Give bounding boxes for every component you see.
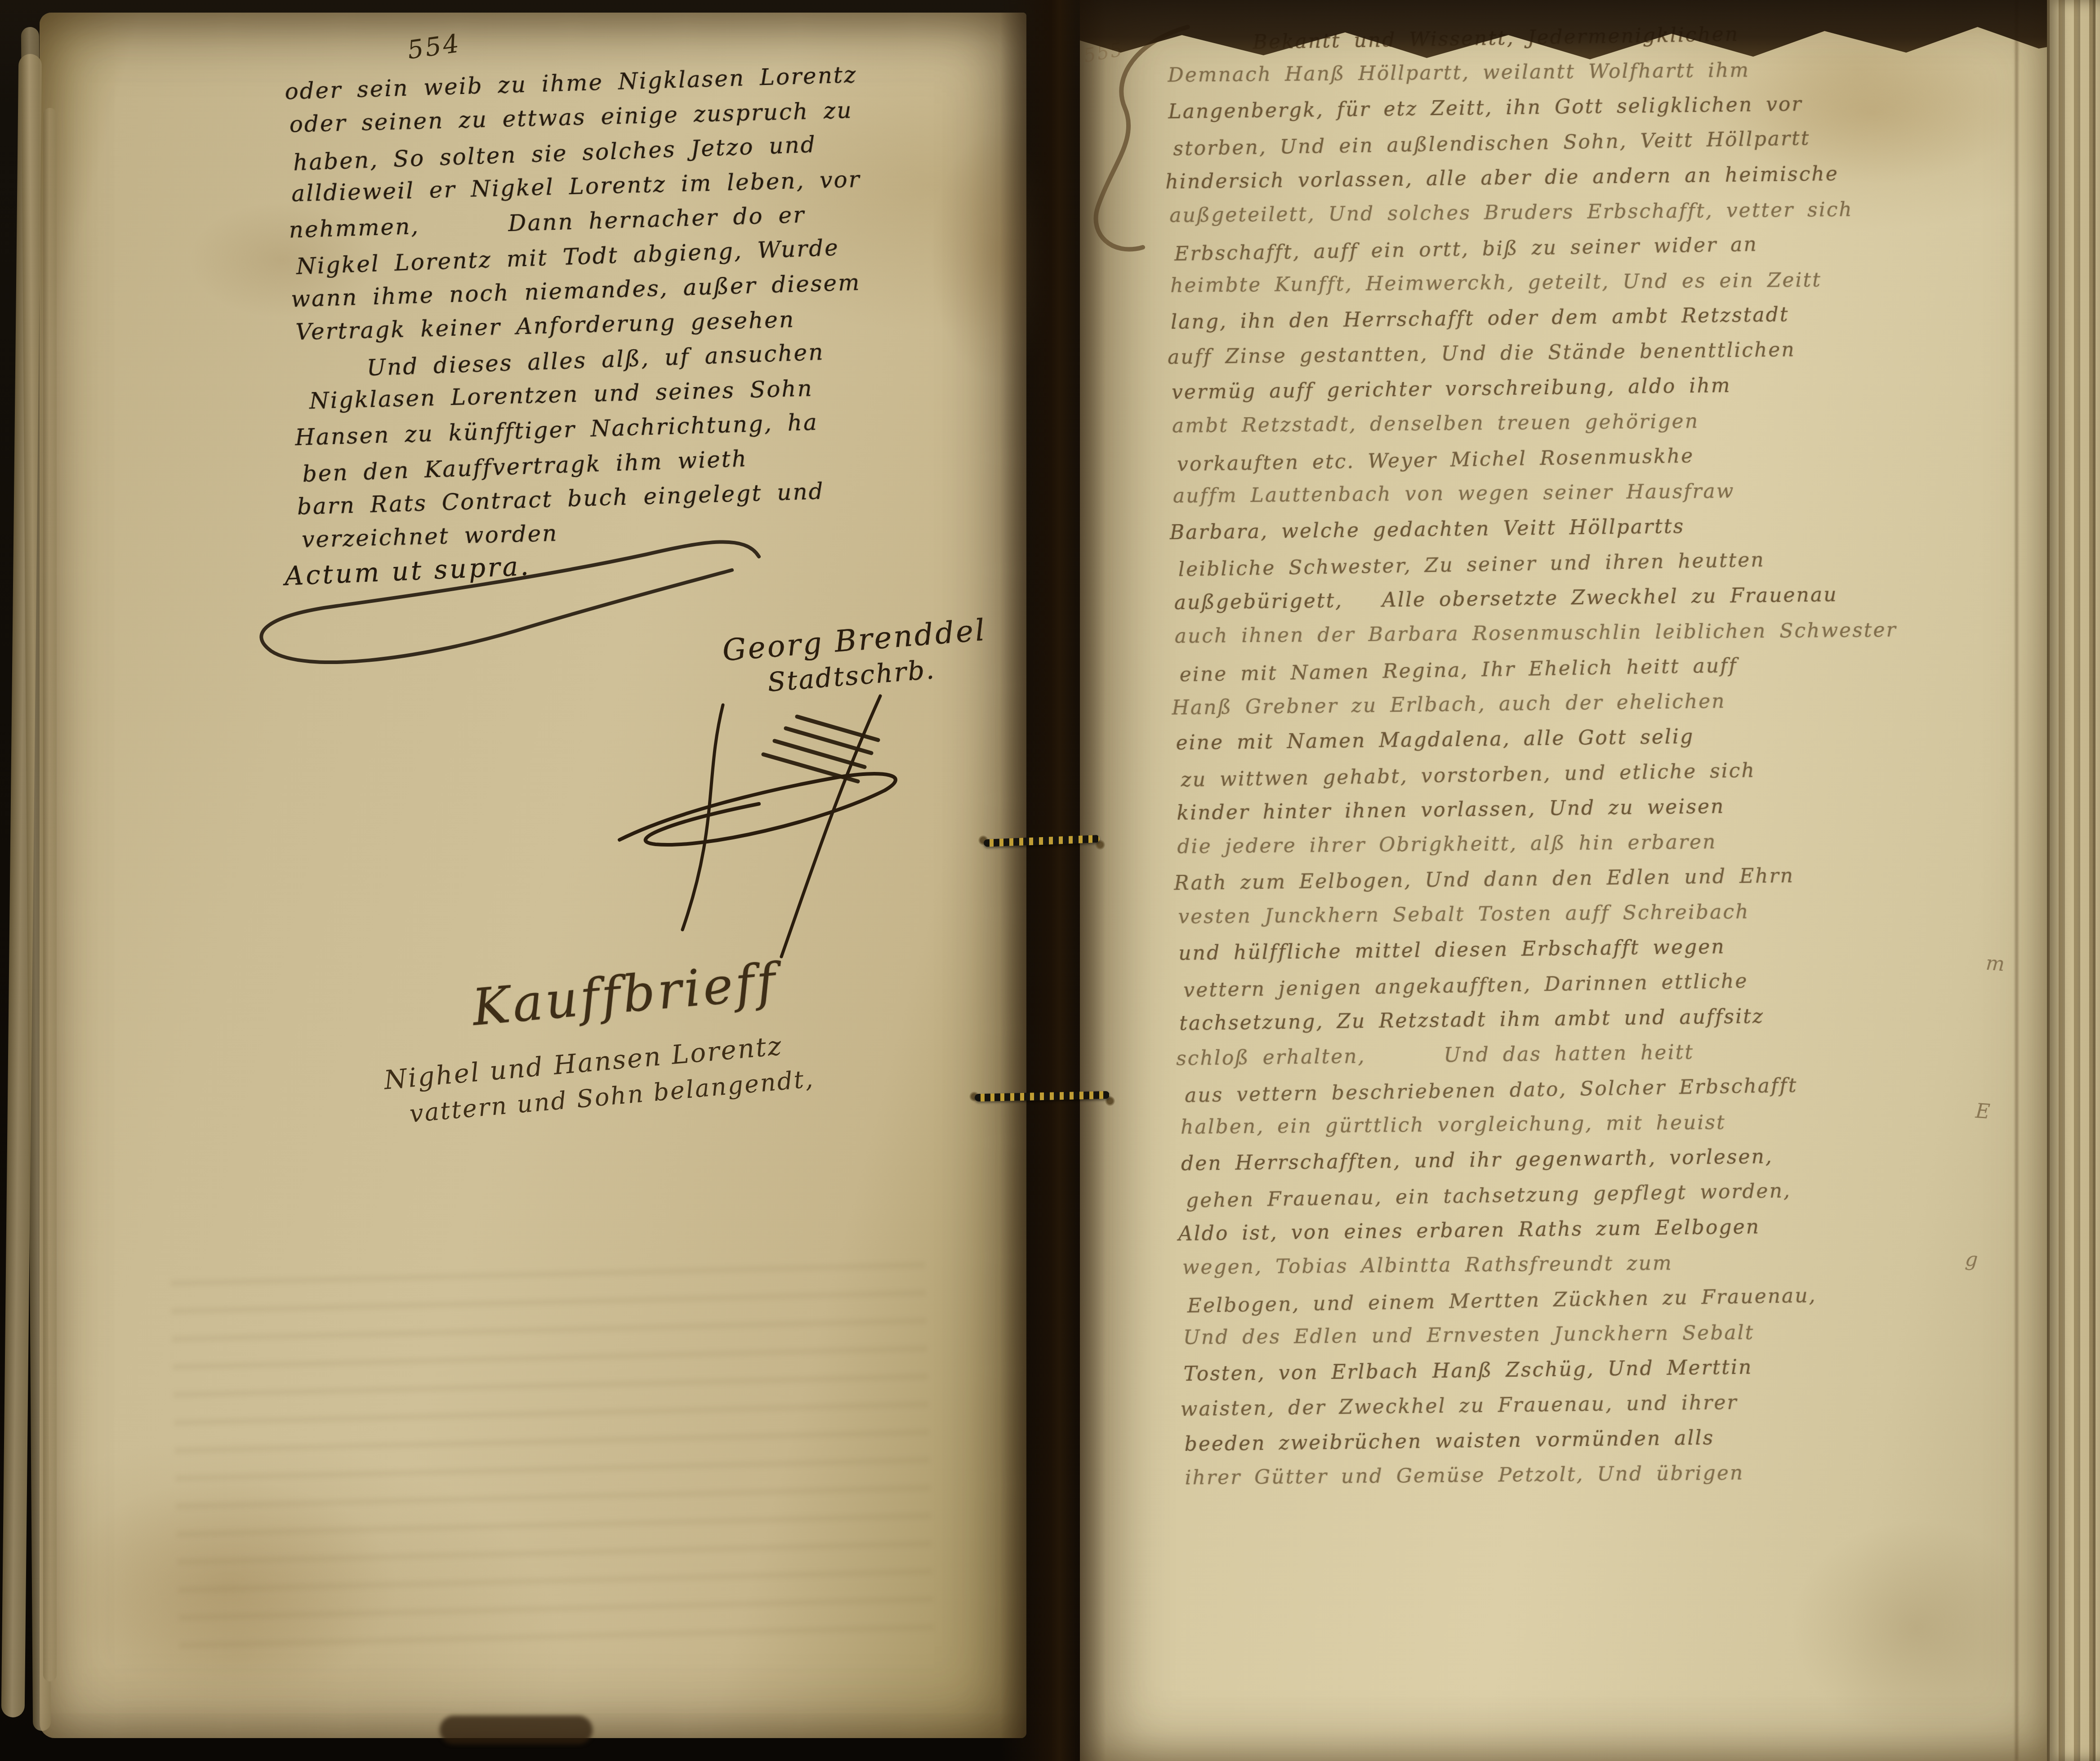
ink-smudge	[440, 1716, 593, 1744]
signature-paraph	[570, 678, 975, 966]
text-line: ihrer Gütter und Gemüse Petzolt, Und übr…	[1185, 1453, 2078, 1495]
left-page-text: oder sein weib zu ihme Nigklasen Lorentz…	[284, 52, 1071, 559]
page-stack-edge	[2047, 0, 2100, 1761]
ink-bleedthrough	[170, 1244, 935, 1650]
page-deckle-edge	[43, 108, 57, 1681]
manuscript-scan: 554 oder sein weib zu ihme Nigklasen Lor…	[0, 0, 2100, 1761]
binding-gutter	[1000, 0, 1106, 1761]
heading-block: Kauffbrieff Nighel und Hansen Lorentz va…	[322, 940, 926, 1135]
right-page: 555 Bekantt und Wissentt, Jedermenigklic…	[1080, 0, 2054, 1761]
water-stain	[1790, 1520, 2042, 1735]
folio-number-left: 554	[406, 29, 463, 65]
right-page-text: Bekantt und Wissentt, JedermenigklichenD…	[1167, 13, 2078, 1497]
left-page: 554 oder sein weib zu ihme Nigklasen Lor…	[40, 13, 1026, 1738]
